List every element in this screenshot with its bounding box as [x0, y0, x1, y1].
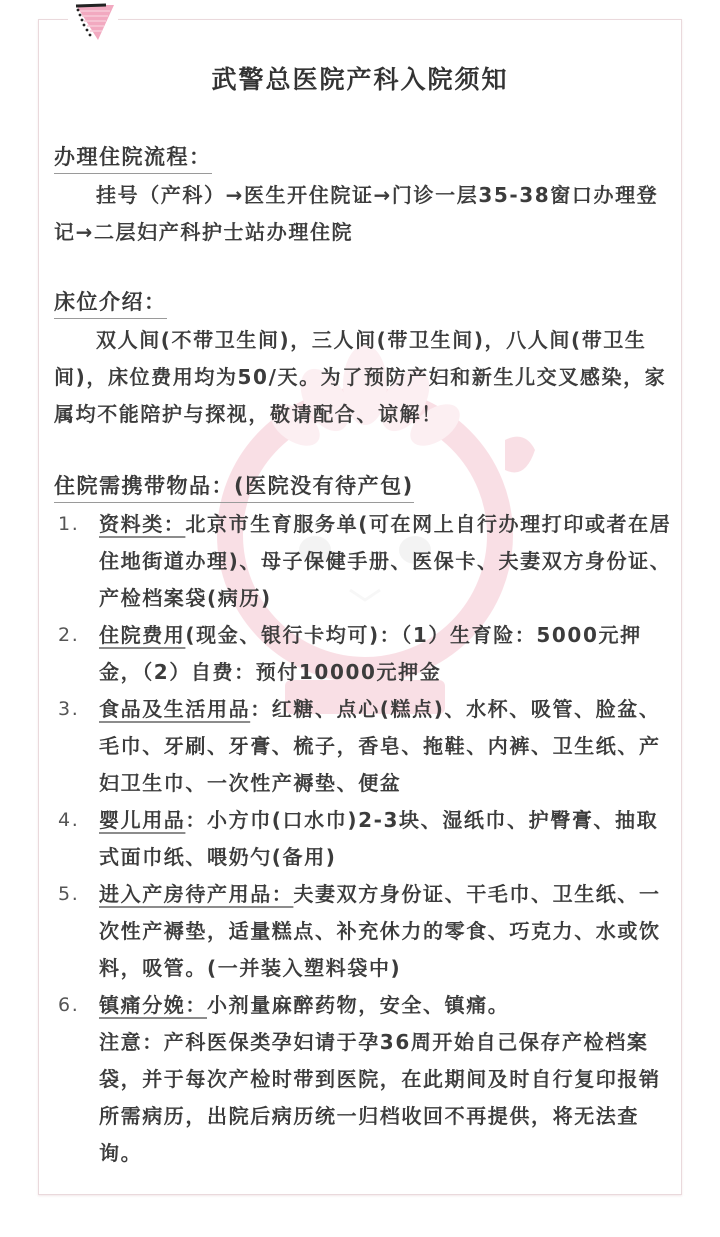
- list-item-label: 食品及生活用品: [99, 697, 250, 721]
- insurance-note-text: 注意：产科医保类孕妇请于孕36周开始自己保存产检档案袋，并于每次产检时带到医院，…: [99, 1024, 674, 1172]
- list-number: 3.: [58, 691, 79, 728]
- list-item-documents: 1. 资料类：北京市生育服务单(可在网上自行办理打印或者在居住地街道办理)、母子…: [54, 506, 674, 617]
- list-number: 5.: [58, 876, 79, 913]
- section-heading-bed-introduction: 床位介绍：: [54, 288, 167, 319]
- document-title: 武警总医院产科入院须知: [0, 60, 720, 96]
- list-item-labor-analgesia: 6. 镇痛分娩：小剂量麻醉药物，安全、镇痛。 注意：产科医保类孕妇请于孕36周开…: [54, 987, 674, 1172]
- admission-process-text: 挂号（产科）→医生开住院证→门诊一层35-38窗口办理登记→二层妇产科护士站办理…: [54, 183, 658, 244]
- list-item-hospitalization-fees: 2. 住院费用(现金、银行卡均可)：（1）生育险：5000元押金，（2）自费：预…: [54, 617, 674, 691]
- list-item-delivery-room-supplies: 5. 进入产房待产用品：夫妻双方身份证、干毛巾、卫生纸、一次性产褥垫，适量糕点、…: [54, 876, 674, 987]
- list-item-text: 小剂量麻醉药物，安全、镇痛。: [207, 993, 509, 1017]
- list-item-label: 资料类：: [99, 512, 185, 536]
- bed-introduction-text: 双人间(不带卫生间)，三人间(带卫生间)，八人间(带卫生间)，床位费用均为50/…: [54, 328, 666, 426]
- list-item-label: 进入产房待产用品：: [99, 882, 293, 906]
- section-heading-required-items: 住院需携带物品：(医院没有待产包): [54, 472, 414, 503]
- list-number: 1.: [58, 506, 79, 543]
- bed-introduction-paragraph: 双人间(不带卫生间)，三人间(带卫生间)，八人间(带卫生间)，床位费用均为50/…: [54, 322, 669, 433]
- list-number: 2.: [58, 617, 79, 654]
- admission-process-paragraph: 挂号（产科）→医生开住院证→门诊一层35-38窗口办理登记→二层妇产科护士站办理…: [54, 177, 669, 251]
- section-heading-admission-process: 办理住院流程：: [54, 143, 212, 174]
- list-number: 4.: [58, 802, 79, 839]
- list-item-label: 住院费用: [99, 623, 185, 647]
- list-number: 6.: [58, 987, 79, 1024]
- list-item-baby-supplies: 4. 婴儿用品：小方巾(口水巾)2-3块、湿纸巾、护臀膏、抽取式面巾纸、喂奶勺(…: [54, 802, 674, 876]
- list-item-text: 北京市生育服务单(可在网上自行办理打印或者在居住地街道办理)、母子保健手册、医保…: [99, 512, 671, 610]
- list-item-label: 镇痛分娩：: [99, 993, 207, 1017]
- list-item-label: 婴儿用品: [99, 808, 185, 832]
- pink-triangle-decoration-icon: [68, 2, 118, 42]
- list-item-food-and-daily-supplies: 3. 食品及生活用品：红糖、点心(糕点)、水杯、吸管、脸盆、毛巾、牙刷、牙膏、梳…: [54, 691, 674, 802]
- required-items-list: 1. 资料类：北京市生育服务单(可在网上自行办理打印或者在居住地街道办理)、母子…: [54, 506, 674, 1172]
